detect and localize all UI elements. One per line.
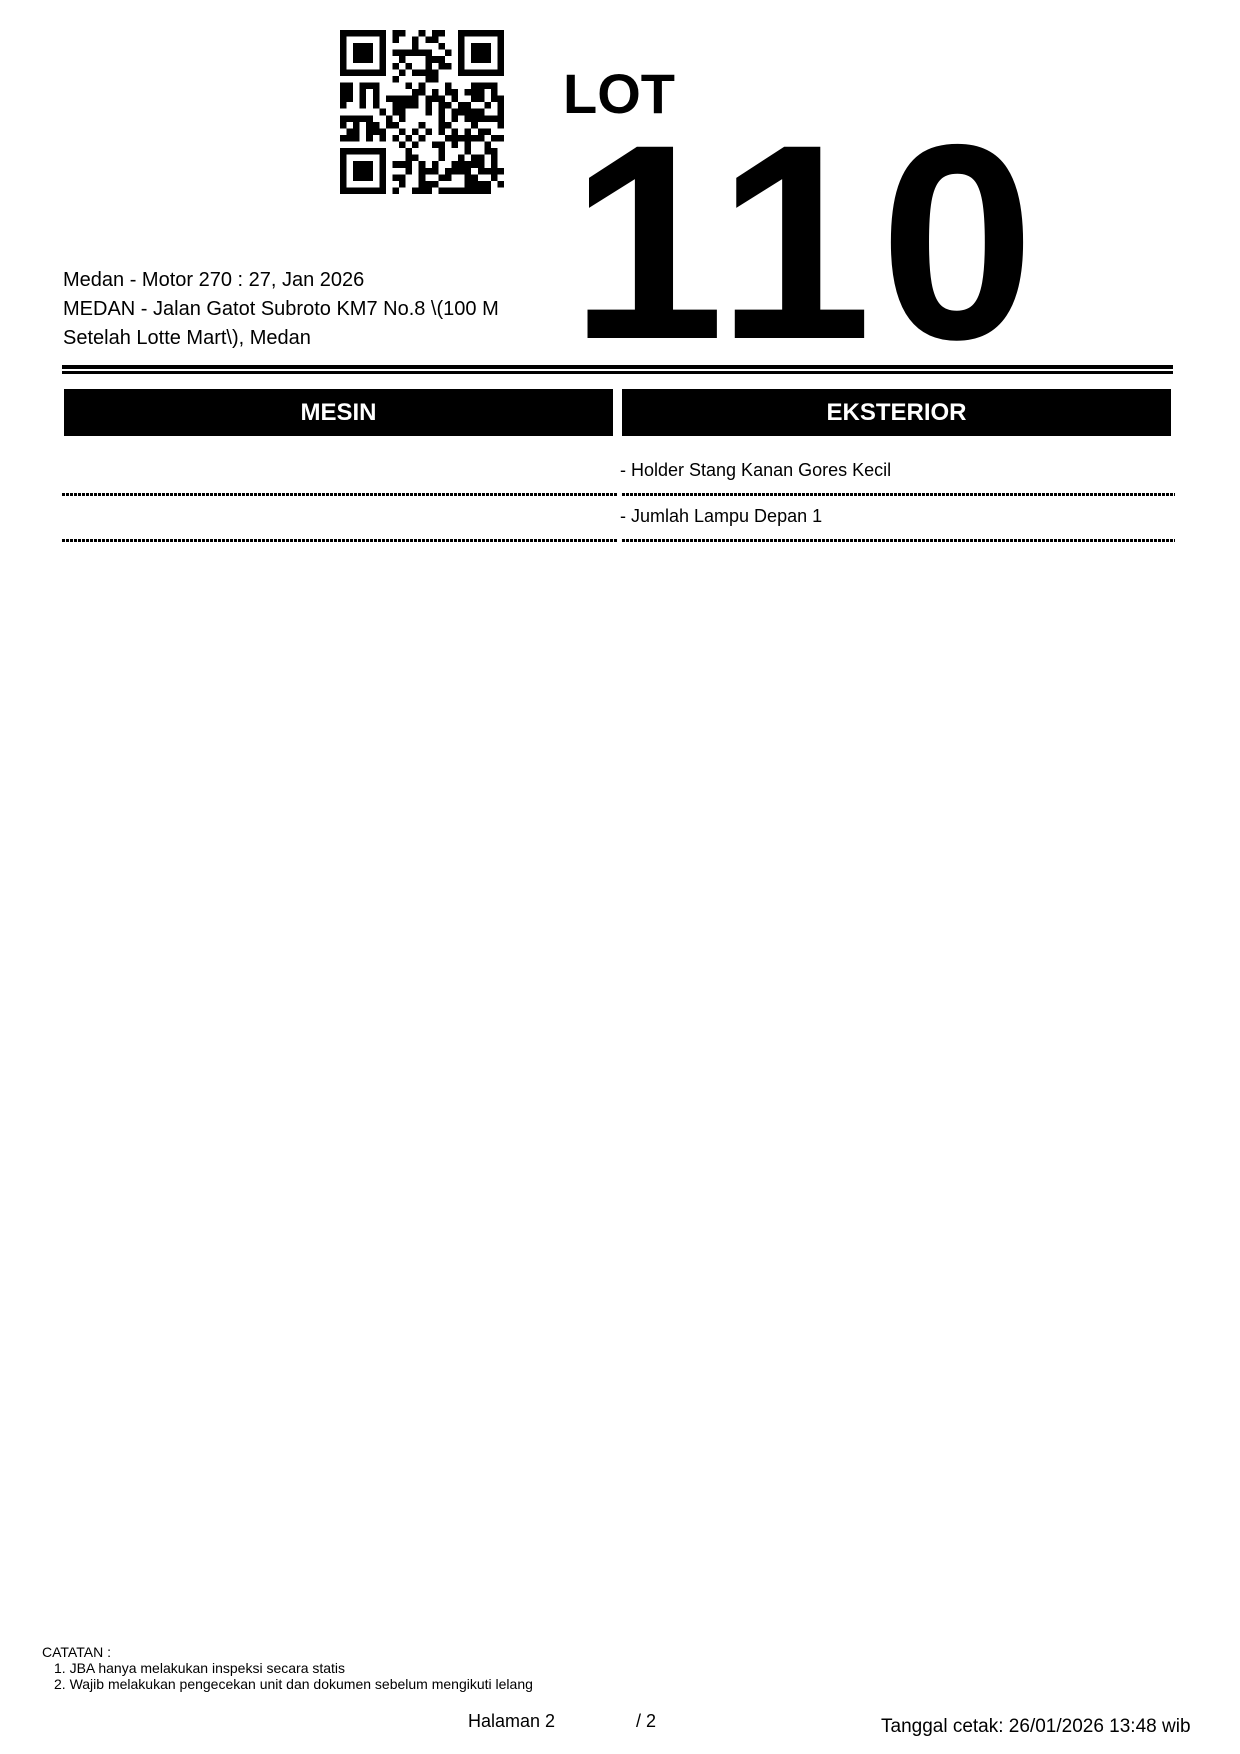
print-date: Tanggal cetak: 26/01/2026 13:48 wib (881, 1716, 1191, 1738)
note-item: 1. JBA hanya melakukan inspeksi secara s… (42, 1660, 533, 1676)
dotted-divider (622, 539, 1175, 542)
page-total: / 2 (636, 1711, 656, 1732)
double-rule-top (62, 365, 1173, 369)
qr-code-icon (340, 30, 504, 194)
auction-info: Medan - Motor 270 : 27, Jan 2026 MEDAN -… (63, 266, 533, 353)
eksterior-item: - Holder Stang Kanan Gores Kecil (620, 459, 891, 481)
dotted-divider (622, 493, 1175, 496)
section-header-eksterior: EKSTERIOR (622, 389, 1171, 436)
note-item: 2. Wajib melakukan pengecekan unit dan d… (42, 1676, 533, 1692)
dotted-divider (62, 493, 617, 496)
auction-line: Medan - Motor 270 : 27, Jan 2026 (63, 266, 533, 295)
address-line-2: Setelah Lotte Mart\), Medan (63, 324, 533, 353)
address-line-1: MEDAN - Jalan Gatot Subroto KM7 No.8 \(1… (63, 295, 533, 324)
notes-title: CATATAN : (42, 1644, 533, 1660)
section-header-mesin: MESIN (64, 389, 613, 436)
notes: CATATAN : 1. JBA hanya melakukan inspeks… (42, 1644, 533, 1692)
dotted-divider (62, 539, 617, 542)
page-number: Halaman 2 (468, 1711, 555, 1732)
eksterior-item: - Jumlah Lampu Depan 1 (620, 505, 822, 527)
lot-number: 110 (570, 103, 1043, 381)
double-rule-bottom (62, 371, 1173, 374)
